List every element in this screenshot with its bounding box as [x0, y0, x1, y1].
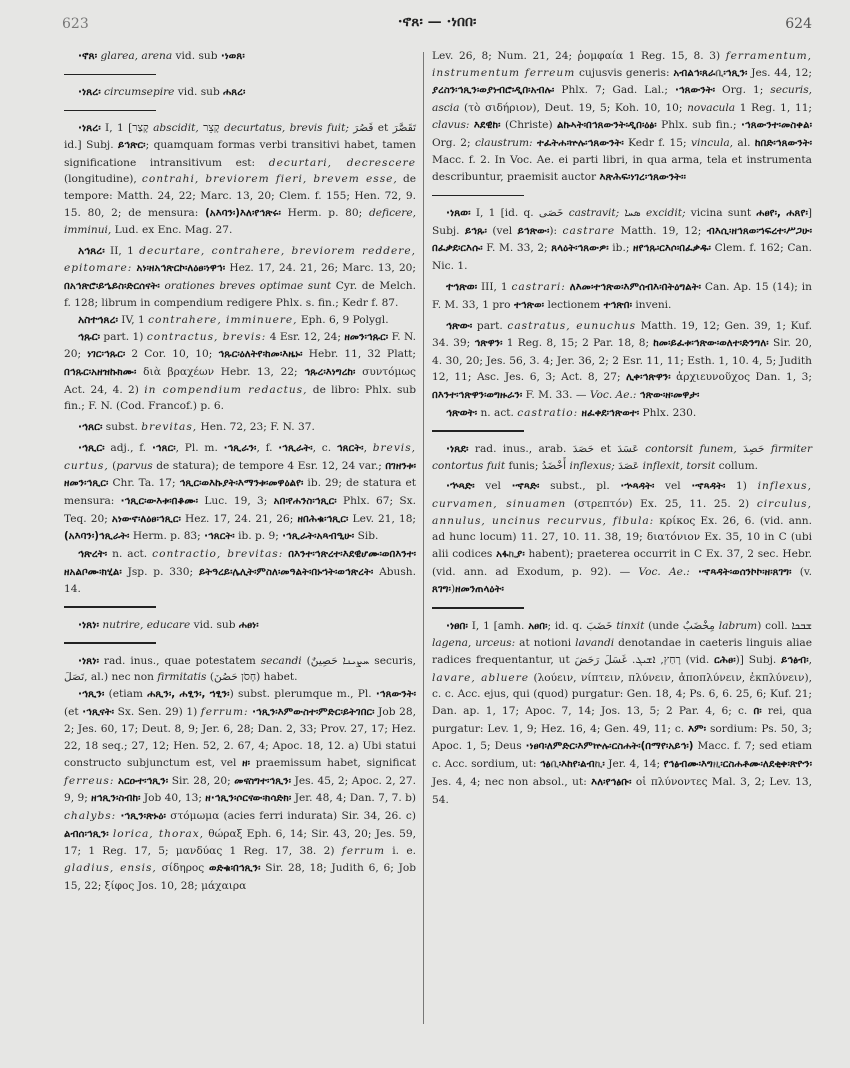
- entry-hesrat: ኅጽረት፡ n. act. contractio, brevitas: በእንተ…: [64, 546, 416, 598]
- headword: ኅጽው፡: [446, 320, 472, 332]
- headword: ኅጹር፡: [78, 331, 100, 343]
- dictionary-page: 623 ·ኖጸ፡ — ·ነበበ፡ 624 ·ኖጸ፡ glarea, arena …: [0, 0, 850, 1068]
- entry-separator: [64, 642, 156, 643]
- headword: ·ነጸነ፡: [78, 655, 99, 667]
- entry-ahsara: አኅጸረ፡ II, 1 decurtare, contrahere, brevi…: [64, 243, 416, 312]
- entry-hasawa: ·ነጸወ፡ I, 1 [id. q. خَصَى castravit; ܣܚܐ …: [432, 205, 812, 275]
- running-head: 623 ·ኖጸ፡ — ·ነበበ፡ 624: [62, 12, 812, 36]
- entry-separator: [432, 195, 524, 196]
- entry-hasaba: ·ነፀበ፡ I, 1 [amh. አፀበ፡; id. q. خَضَبَ tin…: [432, 618, 812, 809]
- entry-hosad: ·ኍጻድ፡ vel ·ኆጻድ፡ subst., pl. ·ኍጻዳት፡ vel ·…: [432, 478, 812, 599]
- entry-separator: [432, 430, 524, 431]
- entry-nasana-nutrire: ·ነጸነ፡ nutrire, educare vid. sub ሐፀነ፡: [64, 617, 416, 635]
- headword: ·ነጸወ፡: [446, 207, 471, 219]
- headword: አስተኅጸረ፡: [78, 314, 118, 326]
- entry-nasana-rad: ·ነጸነ፡ rad. inus., quae potestatem secand…: [64, 653, 416, 686]
- left-column: ·ኖጸ፡ glarea, arena vid. sub ·ነወጸ፡ ·ነጸረ፡ …: [64, 48, 416, 895]
- right-column: Lev. 26, 8; Num. 21, 24; ῥομφαία 1 Reg. …: [432, 48, 812, 808]
- entry-hesin: ·ኅጺን፡ (etiam ሐጺን፡, ሐፂን፡, ኀፂን፡) subst. pl…: [64, 686, 416, 894]
- entry-hesir: ·ኅጺር፡ adj., f. ·ኅጸር፡, Pl. m. ·ኅጺራን፡, f. …: [64, 440, 416, 546]
- headword: ኅጽወት፡: [446, 407, 477, 419]
- headword: ·ኅጸር፡: [78, 421, 102, 433]
- headword: ·ኖጸ፡: [78, 50, 97, 62]
- entry-separator: [64, 110, 156, 111]
- headword: አኅጸረ፡: [78, 245, 105, 257]
- headword: ·ነጸነ፡: [78, 619, 99, 631]
- entry-hesewat: ኅጽወት፡ n. act. castratio: ዘፈቀደ፡ኅጽወተ፡ Phlx…: [432, 405, 812, 423]
- column-divider: [423, 52, 424, 1024]
- running-title: ·ኖጸ፡ — ·ነበበ፡: [62, 14, 812, 30]
- entry-nasara-circumsepire: ·ነጸረ፡ circumsepire vid. sub ሐጸረ፡: [64, 84, 416, 102]
- headword: ·ኅጺን፡: [78, 688, 104, 700]
- entry-nocha: ·ኖጸ፡ glarea, arena vid. sub ·ነወጸ፡: [64, 48, 416, 66]
- entry-tahaswa: ተኅጽወ፡ III, 1 castrari: ለእመ፡ተኅጽወ፡እምሰብእ፡በት…: [432, 279, 812, 314]
- entry-hesin-continued: Lev. 26, 8; Num. 21, 24; ῥομφαία 1 Reg. …: [432, 48, 812, 187]
- headword: ·ነፀበ፡: [446, 620, 468, 632]
- headword: ·ኍጻድ፡: [446, 480, 475, 492]
- entry-hasara: ·ነጸረ፡ I, 1 [קָצַר abscidit, קָצֵר decurt…: [64, 120, 416, 239]
- headword: ተኅጽወ፡: [446, 281, 477, 293]
- headword: ·ነጸደ፡: [446, 443, 469, 455]
- entry-astahsara: አስተኅጸረ፡ IV, 1 contrahere, imminuere, Eph…: [64, 312, 416, 329]
- page-number-right: 624: [785, 16, 812, 32]
- entry-hesur: ኅጹር፡ part. 1) contractus, brevis: 4 Esr.…: [64, 329, 416, 416]
- entry-hesar: ·ኅጸር፡ subst. brevitas, Hen. 72, 23; F. N…: [64, 419, 416, 436]
- headword: ·ኅጺር፡: [78, 442, 105, 454]
- headword: ·ነጸረ፡: [78, 86, 101, 98]
- entry-hasada: ·ነጸደ፡ rad. inus., arab. حَصَدَ et عَسَدَ…: [432, 441, 812, 474]
- entry-separator: [432, 607, 524, 608]
- entry-separator: [64, 74, 156, 75]
- headword: ኅጽረት፡: [78, 548, 107, 560]
- entry-hesew: ኅጽው፡ part. castratus, eunuchus Matth. 19…: [432, 318, 812, 405]
- entry-separator: [64, 606, 156, 607]
- headword: ·ነጸረ፡: [78, 122, 101, 134]
